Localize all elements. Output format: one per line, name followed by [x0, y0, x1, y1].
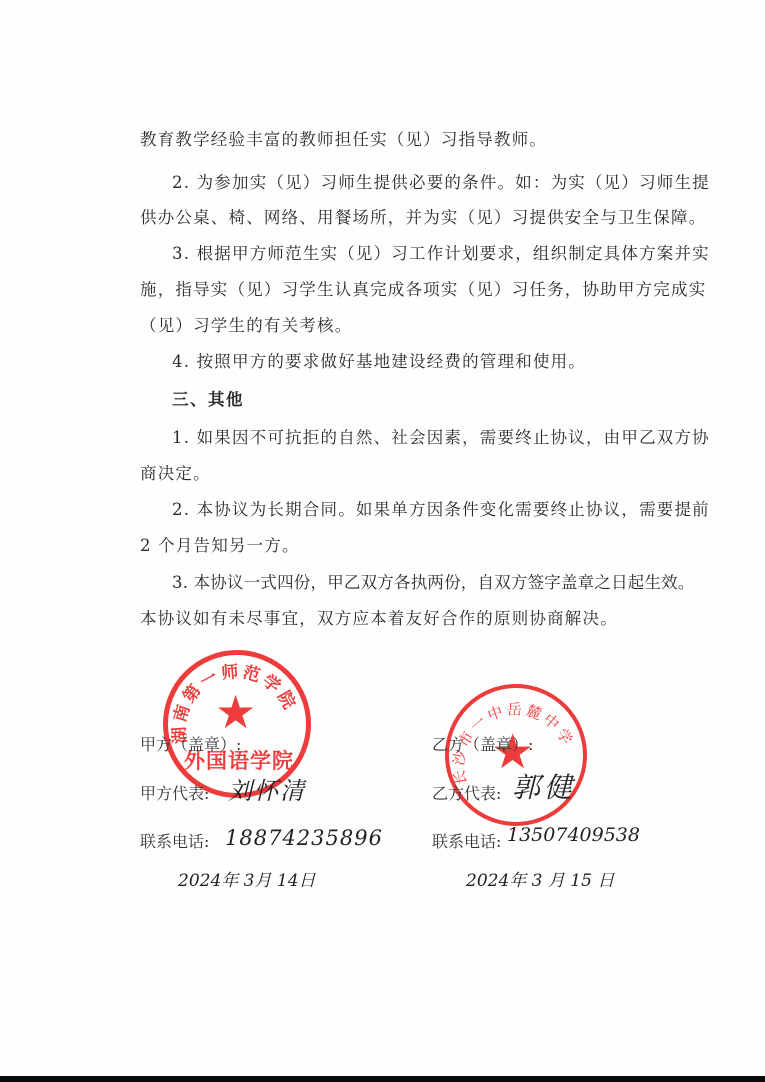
party-a-phone-label: 联系电话: — [140, 831, 209, 853]
party-b-phone: 13507409538 — [507, 826, 640, 845]
party-a-date: 2024年 3月 14日 — [178, 873, 316, 890]
paragraph-line: 商决定。 — [140, 463, 660, 485]
section-heading: 三、其他 — [172, 389, 692, 411]
stamp-star-icon: ★ — [215, 689, 256, 735]
party-a-phone: 18874235896 — [225, 828, 383, 849]
party-b-phone-label: 联系电话: — [432, 831, 501, 853]
party-b-rep-label: 乙方代表: — [432, 783, 501, 805]
paragraph-line: 2. 为参加实（见）习师生提供必要的条件。如：为实（见）习师生提 — [172, 172, 692, 194]
paragraph-line: 施，指导实（见）习学生认真完成各项实（见）习任务，协助甲方完成实 — [140, 279, 660, 301]
document-page: 教育教学经验丰富的教师担任实（见）习指导教师。 2. 为参加实（见）习师生提供必… — [0, 0, 765, 1076]
paragraph-line: 3. 根据甲方师范生实（见）习工作计划要求，组织制定具体方案并实 — [172, 243, 692, 265]
party-a-seal-label: 甲方（盖章）: — [140, 734, 241, 756]
bottom-border — [0, 1076, 765, 1082]
paragraph-line: 1. 如果因不可抗拒的自然、社会因素，需要终止协议，由甲乙双方协 — [172, 427, 692, 449]
paragraph-line: （见）习学生的有关考核。 — [140, 315, 660, 337]
paragraph-line: 4. 按照甲方的要求做好基地建设经费的管理和使用。 — [172, 351, 692, 373]
party-b-date: 2024年 3 月 15 日 — [466, 873, 614, 890]
party-b-rep-signature: 郭健 — [512, 774, 576, 802]
party-a-rep-label: 甲方代表: — [140, 783, 209, 805]
party-a-official-stamp: 湖南第一师范学院 ★ 外国语学院 — [163, 650, 311, 798]
party-b-seal-label: 乙方（盖章）: — [432, 734, 533, 756]
paragraph-line: 教育教学经验丰富的教师担任实（见）习指导教师。 — [140, 129, 660, 151]
paragraph-line: 供办公桌、椅、网络、用餐场所，并为实（见）习提供安全与卫生保障。 — [140, 207, 660, 229]
paragraph-line: 2. 本协议为长期合同。如果单方因条件变化需要终止协议，需要提前 — [172, 499, 692, 521]
paragraph-line: 本协议如有未尽事宜，双方应本着友好合作的原则协商解决。 — [140, 608, 660, 630]
paragraph-line: 2 个月告知另一方。 — [140, 535, 660, 557]
party-a-rep-signature: 刘怀清 — [228, 779, 306, 803]
paragraph-line: 3. 本协议一式四份，甲乙双方各执两份，自双方签字盖章之日起生效。 — [172, 572, 692, 594]
